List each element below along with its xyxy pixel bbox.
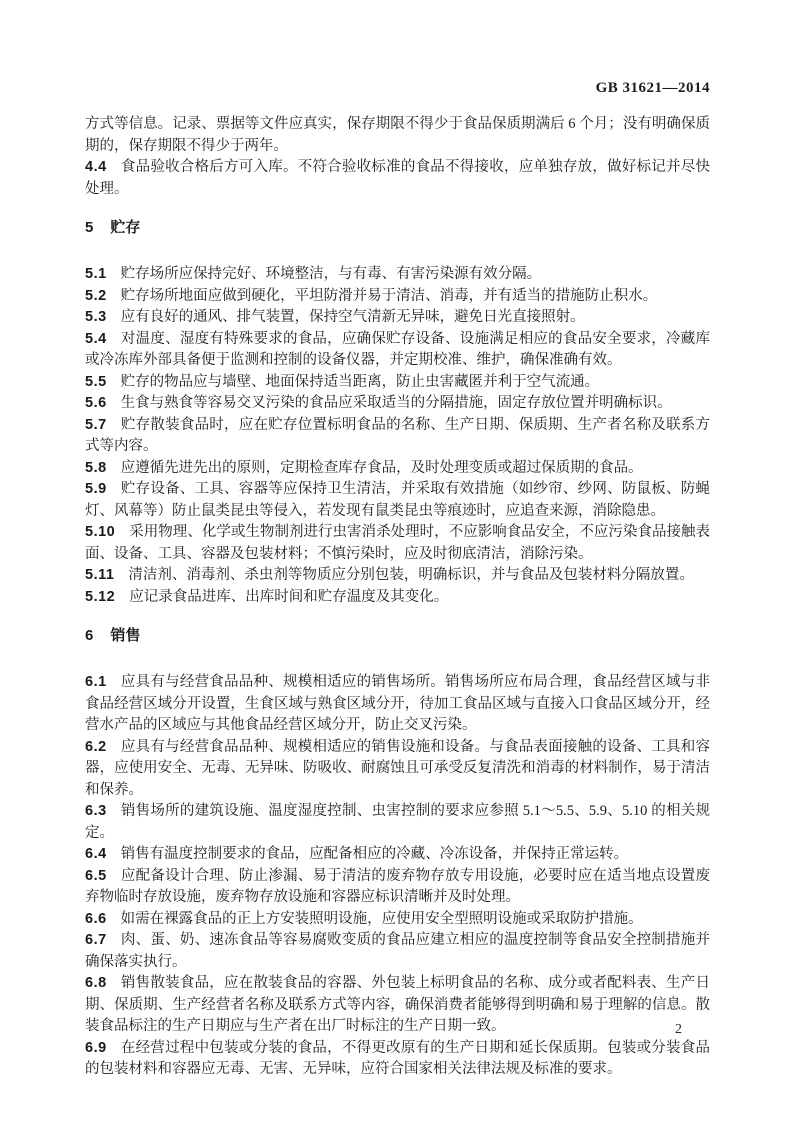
section-number: 6 xyxy=(85,627,93,644)
clause-text: 应配备设计合理、防止渗漏、易于清洁的废弃物存放专用设施，必要时应在适当地点设置废… xyxy=(85,868,710,906)
clause-6-3: 6.3销售场所的建筑设施、温度湿度控制、虫害控制的要求应参照 5.1～5.5、5… xyxy=(85,801,710,844)
clause-text: 采用物理、化学或生物制剂进行虫害消杀处理时，不应影响食品安全，不应污染食品接触表… xyxy=(85,524,710,562)
clause-6-1: 6.1应具有与经营食品品种、规模相适应的销售场所。销售场所应布局合理，食品经营区… xyxy=(85,672,710,737)
clause-5-10: 5.10采用物理、化学或生物制剂进行虫害消杀处理时，不应影响食品安全，不应污染食… xyxy=(85,522,710,565)
section-heading-sale: 6销售 xyxy=(85,625,710,647)
clause-number: 5.1 xyxy=(85,266,107,282)
clause-text: 应遵循先进先出的原则，定期检查库存食品，及时处理变质或超过保质期的食品。 xyxy=(121,460,643,476)
clause-text: 贮存的物品应与墙壁、地面保持适当距离，防止虫害藏匿并利于空气流通。 xyxy=(121,374,600,390)
clause-text: 在经营过程中包装或分装的食品，不得更改原有的生产日期和延长保质期。包装或分装食品… xyxy=(85,1040,710,1078)
paragraph-4-3-continuation: 方式等信息。记录、票据等文件应真实，保存期限不得少于食品保质期满后 6 个月；没… xyxy=(85,114,710,157)
clause-5-5: 5.5贮存的物品应与墙壁、地面保持适当距离，防止虫害藏匿并利于空气流通。 xyxy=(85,372,710,394)
clause-text: 食品验收合格后方可入库。不符合验收标准的食品不得接收，应单独存放，做好标记并尽快… xyxy=(85,159,710,197)
clause-number: 6.8 xyxy=(85,975,107,991)
clause-5-8: 5.8应遵循先进先出的原则，定期检查库存食品，及时处理变质或超过保质期的食品。 xyxy=(85,458,710,480)
clause-6-7: 6.7肉、蛋、奶、速冻食品等容易腐败变质的食品应建立相应的温度控制等食品安全控制… xyxy=(85,930,710,973)
clause-6-9: 6.9在经营过程中包装或分装的食品，不得更改原有的生产日期和延长保质期。包装或分… xyxy=(85,1038,710,1081)
clause-number: 5.10 xyxy=(85,524,115,540)
section-number: 5 xyxy=(85,219,93,236)
document-header: GB 31621—2014 xyxy=(85,80,710,96)
clause-text: 应具有与经营食品品种、规模相适应的销售设施和设备。与食品表面接触的设备、工具和容… xyxy=(85,739,710,798)
clause-text: 销售场所的建筑设施、温度湿度控制、虫害控制的要求应参照 5.1～5.5、5.9、… xyxy=(85,803,710,841)
clause-number: 5.4 xyxy=(85,331,107,347)
section-heading-storage: 5贮存 xyxy=(85,217,710,239)
clause-number: 6.5 xyxy=(85,868,107,884)
clause-text: 应记录食品进库、出库时间和贮存温度及其变化。 xyxy=(129,589,448,605)
clause-text: 应有良好的通风、排气装置，保持空气清新无异味，避免日光直接照射。 xyxy=(121,309,585,325)
clause-text: 贮存散装食品时，应在贮存位置标明食品的名称、生产日期、保质期、生产者名称及联系方… xyxy=(85,417,710,455)
clause-number: 6.9 xyxy=(85,1040,107,1056)
clause-6-6: 6.6如需在裸露食品的正上方安装照明设施，应使用安全型照明设施或采取防护措施。 xyxy=(85,909,710,931)
clause-number: 6.2 xyxy=(85,739,107,755)
clause-text: 如需在裸露食品的正上方安装照明设施，应使用安全型照明设施或采取防护措施。 xyxy=(121,911,643,927)
document-body: 方式等信息。记录、票据等文件应真实，保存期限不得少于食品保质期满后 6 个月；没… xyxy=(85,114,710,1081)
clause-text: 销售散装食品，应在散装食品的容器、外包装上标明食品的名称、成分或者配料表、生产日… xyxy=(85,975,710,1034)
clause-number: 6.7 xyxy=(85,932,107,948)
clause-5-2: 5.2贮存场所地面应做到硬化，平坦防滑并易于清洁、消毒，并有适当的措施防止积水。 xyxy=(85,286,710,308)
section-title: 销售 xyxy=(110,627,140,644)
clause-text: 肉、蛋、奶、速冻食品等容易腐败变质的食品应建立相应的温度控制等食品安全控制措施并… xyxy=(85,932,710,970)
clause-number: 5.2 xyxy=(85,288,107,304)
clause-6-4: 6.4销售有温度控制要求的食品，应配备相应的冷藏、冷冻设备，并保持正常运转。 xyxy=(85,844,710,866)
clause-text: 清洁剂、消毒剂、杀虫剂等物质应分别包装，明确标识，并与食品及包装材料分隔放置。 xyxy=(128,567,694,583)
clause-number: 5.11 xyxy=(85,567,114,583)
clause-text: 贮存设备、工具、容器等应保持卫生清洁，并采取有效措施（如纱帘、纱网、防鼠板、防蝇… xyxy=(85,481,710,519)
clause-number: 5.3 xyxy=(85,309,107,325)
clause-number: 6.4 xyxy=(85,846,107,862)
clause-text: 应具有与经营食品品种、规模相适应的销售场所。销售场所应布局合理，食品经营区域与非… xyxy=(85,674,710,733)
clause-5-12: 5.12应记录食品进库、出库时间和贮存温度及其变化。 xyxy=(85,587,710,609)
section-title: 贮存 xyxy=(110,219,140,236)
clause-number: 6.1 xyxy=(85,674,107,690)
clause-6-2: 6.2应具有与经营食品品种、规模相适应的销售设施和设备。与食品表面接触的设备、工… xyxy=(85,737,710,802)
clause-5-4: 5.4对温度、湿度有特殊要求的食品，应确保贮存设备、设施满足相应的食品安全要求，… xyxy=(85,329,710,372)
clause-5-6: 5.6生食与熟食等容易交叉污染的食品应采取适当的分隔措施，固定存放位置并明确标识… xyxy=(85,393,710,415)
clause-number: 5.9 xyxy=(85,481,107,497)
document-page: GB 31621—2014 方式等信息。记录、票据等文件应真实，保存期限不得少于… xyxy=(0,0,794,1123)
clause-5-3: 5.3应有良好的通风、排气装置，保持空气清新无异味，避免日光直接照射。 xyxy=(85,307,710,329)
clause-number: 5.5 xyxy=(85,374,107,390)
clause-5-7: 5.7贮存散装食品时，应在贮存位置标明食品的名称、生产日期、保质期、生产者名称及… xyxy=(85,415,710,458)
clause-text: 对温度、湿度有特殊要求的食品，应确保贮存设备、设施满足相应的食品安全要求，冷藏库… xyxy=(85,331,710,369)
clause-text: 贮存场所应保持完好、环境整洁，与有毒、有害污染源有效分隔。 xyxy=(121,266,542,282)
standard-code: GB 31621—2014 xyxy=(596,80,710,96)
clause-text: 生食与熟食等容易交叉污染的食品应采取适当的分隔措施，固定存放位置并明确标识。 xyxy=(121,395,672,411)
page-number: 2 xyxy=(675,1021,682,1039)
clause-number: 5.6 xyxy=(85,395,107,411)
clause-number: 6.3 xyxy=(85,803,107,819)
clause-4-4: 4.4食品验收合格后方可入库。不符合验收标准的食品不得接收，应单独存放，做好标记… xyxy=(85,157,710,200)
clause-number: 5.7 xyxy=(85,417,107,433)
clause-5-11: 5.11清洁剂、消毒剂、杀虫剂等物质应分别包装，明确标识，并与食品及包装材料分隔… xyxy=(85,565,710,587)
clause-6-8: 6.8销售散装食品，应在散装食品的容器、外包装上标明食品的名称、成分或者配料表、… xyxy=(85,973,710,1038)
clause-5-1: 5.1贮存场所应保持完好、环境整洁，与有毒、有害污染源有效分隔。 xyxy=(85,264,710,286)
clause-number: 5.12 xyxy=(85,589,115,605)
clause-text: 贮存场所地面应做到硬化，平坦防滑并易于清洁、消毒，并有适当的措施防止积水。 xyxy=(121,288,658,304)
clause-number: 4.4 xyxy=(85,159,107,175)
clause-5-9: 5.9贮存设备、工具、容器等应保持卫生清洁，并采取有效措施（如纱帘、纱网、防鼠板… xyxy=(85,479,710,522)
clause-6-5: 6.5应配备设计合理、防止渗漏、易于清洁的废弃物存放专用设施，必要时应在适当地点… xyxy=(85,866,710,909)
clause-number: 6.6 xyxy=(85,911,107,927)
clause-number: 5.8 xyxy=(85,460,107,476)
clause-text: 销售有温度控制要求的食品，应配备相应的冷藏、冷冻设备，并保持正常运转。 xyxy=(121,846,629,862)
